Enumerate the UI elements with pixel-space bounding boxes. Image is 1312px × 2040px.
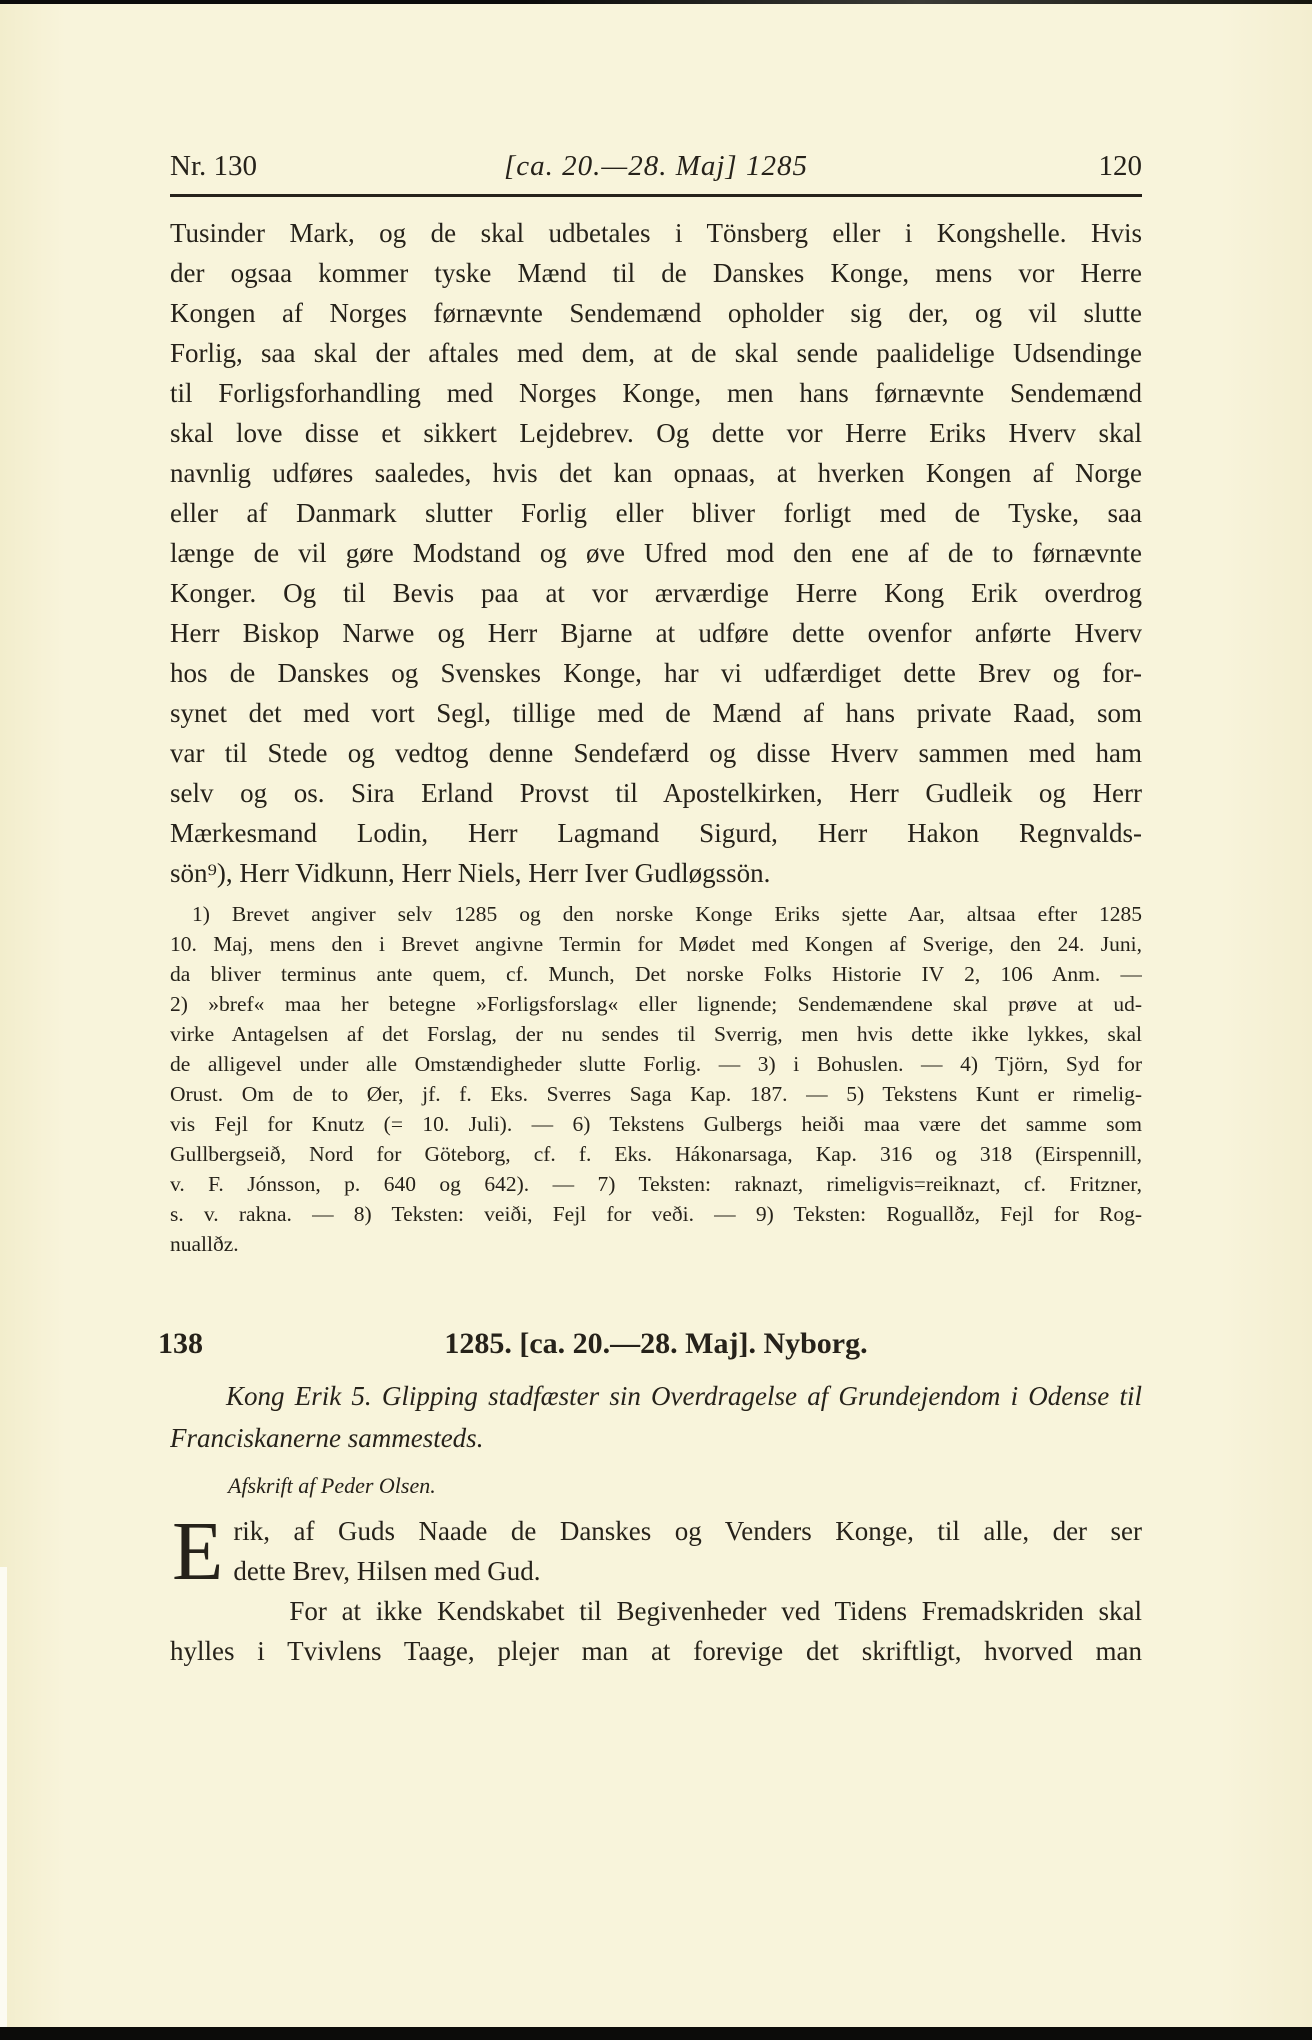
text-line: Konger. Og til Bevis paa at vor ærværdig… <box>170 573 1142 613</box>
doc-138-number: 138 <box>158 1327 203 1361</box>
text-line: Tusinder Mark, og de skal udbetales i Tö… <box>170 213 1142 253</box>
text-line: Forlig, saa skal der aftales med dem, at… <box>170 333 1142 373</box>
text-line: Orust. Om de to Øer, jf. f. Eks. Sverres… <box>170 1079 1142 1109</box>
text-line: Herr Biskop Narwe og Herr Bjarne at udfø… <box>170 613 1142 653</box>
doc-138-summary: Kong Erik 5. Glipping stadfæster sin Ove… <box>170 1375 1142 1459</box>
page-content: Nr. 130 [ca. 20.—2​8. Maj] 1285 120 Tusi… <box>0 0 1312 1671</box>
text-line: eller af Danmark slutter Forlig eller bl… <box>170 493 1142 533</box>
text-line: For at ikke Kendskabet til Begivenheder … <box>233 1591 1142 1631</box>
text-line: Kong Erik 5. Glipping stadfæster sin Ove… <box>170 1375 1142 1417</box>
text-line: til Forligsforhandling med Norges Konge,… <box>170 373 1142 413</box>
drop-cap-initial: E <box>172 1513 223 1593</box>
doc-138-heading: 138 1285. [ca. 20.—28. Maj]. Nyborg. <box>170 1327 1142 1367</box>
text-line: de alligevel under alle Omstændigheder s… <box>170 1049 1142 1079</box>
text-line: s. v. rakna. — 8) Teksten: veiði, Fejl f… <box>170 1199 1142 1229</box>
text-line: 1) Brevet angiver selv 1285 og den norsk… <box>170 899 1142 929</box>
text-line: selv og os. Sira Erland Provst til Apost… <box>170 773 1142 813</box>
text-line: 2) »bref« maa her betegne »Forligsforsla… <box>170 989 1142 1019</box>
text-line: var til Stede og vedtog denne Sendefærd … <box>170 733 1142 773</box>
text-line: Franciskanerne sammesteds. <box>170 1417 1142 1459</box>
doc-138-second-paragraph: For at ikke Kendskabet til Begivenheder … <box>170 1591 1142 1671</box>
text-line: Kongen af Norges førnævnte Sendemænd oph… <box>170 293 1142 333</box>
text-line: 10. Maj, mens den i Brevet angivne Termi… <box>170 929 1142 959</box>
text-line: Mærkesmand Lodin, Herr Lagmand Sigurd, H… <box>170 813 1142 853</box>
header-rule <box>170 194 1142 197</box>
text-line: sön⁹), Herr Vidkunn, Herr Niels, Herr Iv… <box>170 853 1142 893</box>
entry-number-label: Nr. 130 <box>170 150 257 183</box>
scan-edge-bottom <box>0 2027 1312 2040</box>
scanned-page: Nr. 130 [ca. 20.—2​8. Maj] 1285 120 Tusi… <box>0 0 1312 2040</box>
doc-138-date-place: 1285. [ca. 20.—28. Maj]. Nyborg. <box>444 1327 867 1360</box>
text-line: vis Fejl for Knutz (= 10. Juli). — 6) Te… <box>170 1109 1142 1139</box>
text-line: synet det med vort Segl, tillige med de … <box>170 693 1142 733</box>
scan-edge-left <box>0 1567 7 2027</box>
text-line: skal love disse et sikkert Lejdebrev. Og… <box>170 413 1142 453</box>
text-line: v. F. Jónsson, p. 640 og 642). — 7) Teks… <box>170 1169 1142 1199</box>
running-header-date: [ca. 20.—2​8. Maj] 1285 <box>504 150 808 183</box>
text-line: hos de Danskes og Svenskes Konge, har vi… <box>170 653 1142 693</box>
doc-138-opening-paragraph: E rik, af Guds Naade de Danskes og Vende… <box>170 1511 1142 1591</box>
text-line: længe de vil gøre Modstand og øve Ufred … <box>170 533 1142 573</box>
text-line: navnlig udføres saaledes, hvis det kan o… <box>170 453 1142 493</box>
page-number: 120 <box>1099 150 1143 183</box>
text-line: hylles i Tvivlens Taage, plejer man at f… <box>170 1631 1142 1671</box>
text-line: der ogsaa kommer tyske Mænd til de Dansk… <box>170 253 1142 293</box>
doc-130-body-text: Tusinder Mark, og de skal udbetales i Tö… <box>170 213 1142 893</box>
doc-130-footnotes: 1) Brevet angiver selv 1285 og den norsk… <box>170 899 1142 1259</box>
doc-138-source-note: Afskrift af Peder Olsen. <box>170 1471 1142 1501</box>
text-line: dette Brev, Hilsen med Gud. <box>233 1551 1142 1591</box>
opening-lines: rik, af Guds Naade de Danskes og Venders… <box>170 1511 1142 1591</box>
text-line: nuallðz. <box>170 1229 1142 1259</box>
text-line: virke Antagelsen af det Forslag, der nu … <box>170 1019 1142 1049</box>
running-header: Nr. 130 [ca. 20.—2​8. Maj] 1285 120 <box>170 150 1142 188</box>
text-line: da bliver terminus ante quem, cf. Munch,… <box>170 959 1142 989</box>
text-line: Gullbergseið, Nord for Göteborg, cf. f. … <box>170 1139 1142 1169</box>
text-line: rik, af Guds Naade de Danskes og Venders… <box>233 1511 1142 1551</box>
